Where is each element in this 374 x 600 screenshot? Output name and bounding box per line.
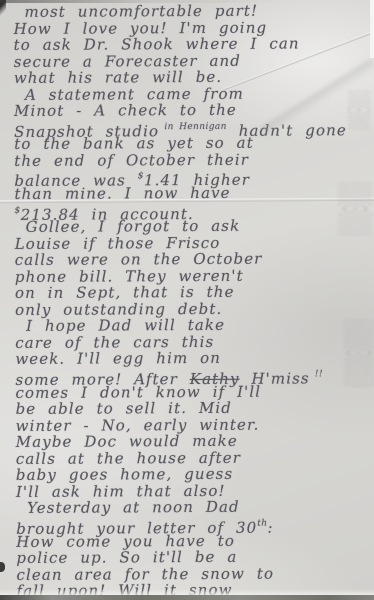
letter-page: most uncomfortable part!How I love you! … [0, 0, 374, 600]
paper-edge-mark [0, 562, 5, 572]
letter-line: the end of October their [14, 151, 369, 169]
letter-line: week. I'll egg him on [15, 350, 370, 368]
superscript-insertion: th [257, 519, 267, 529]
letter-paragraph: most uncomfortable part!How I love you! … [13, 2, 368, 87]
letter-paragraph: Yesterday at noon Dadbrought your letter… [16, 498, 372, 599]
letter-text: Minot - A check to the [14, 101, 237, 120]
paper-bottom-edge-shadow [0, 595, 374, 600]
superscript-insertion: in Hennigan [159, 122, 227, 132]
scan-background-sliver [370, 0, 374, 58]
letter-text: the end of October their [14, 151, 249, 170]
paper-top-edge-shadow [0, 0, 374, 3]
letter-text: Yesterday at noon Dad [27, 498, 240, 517]
superscript-insertion: !! [310, 369, 323, 379]
letter-line: Yesterday at noon Dad [27, 498, 371, 516]
letter-paragraph: Gollee, I forgot to askLouise if those F… [15, 217, 371, 318]
letter-text: week. I'll egg him on [15, 349, 221, 368]
letter-text: : [267, 519, 273, 537]
letter-paragraph: I hope Dad will takecare of the cars thi… [15, 316, 371, 500]
